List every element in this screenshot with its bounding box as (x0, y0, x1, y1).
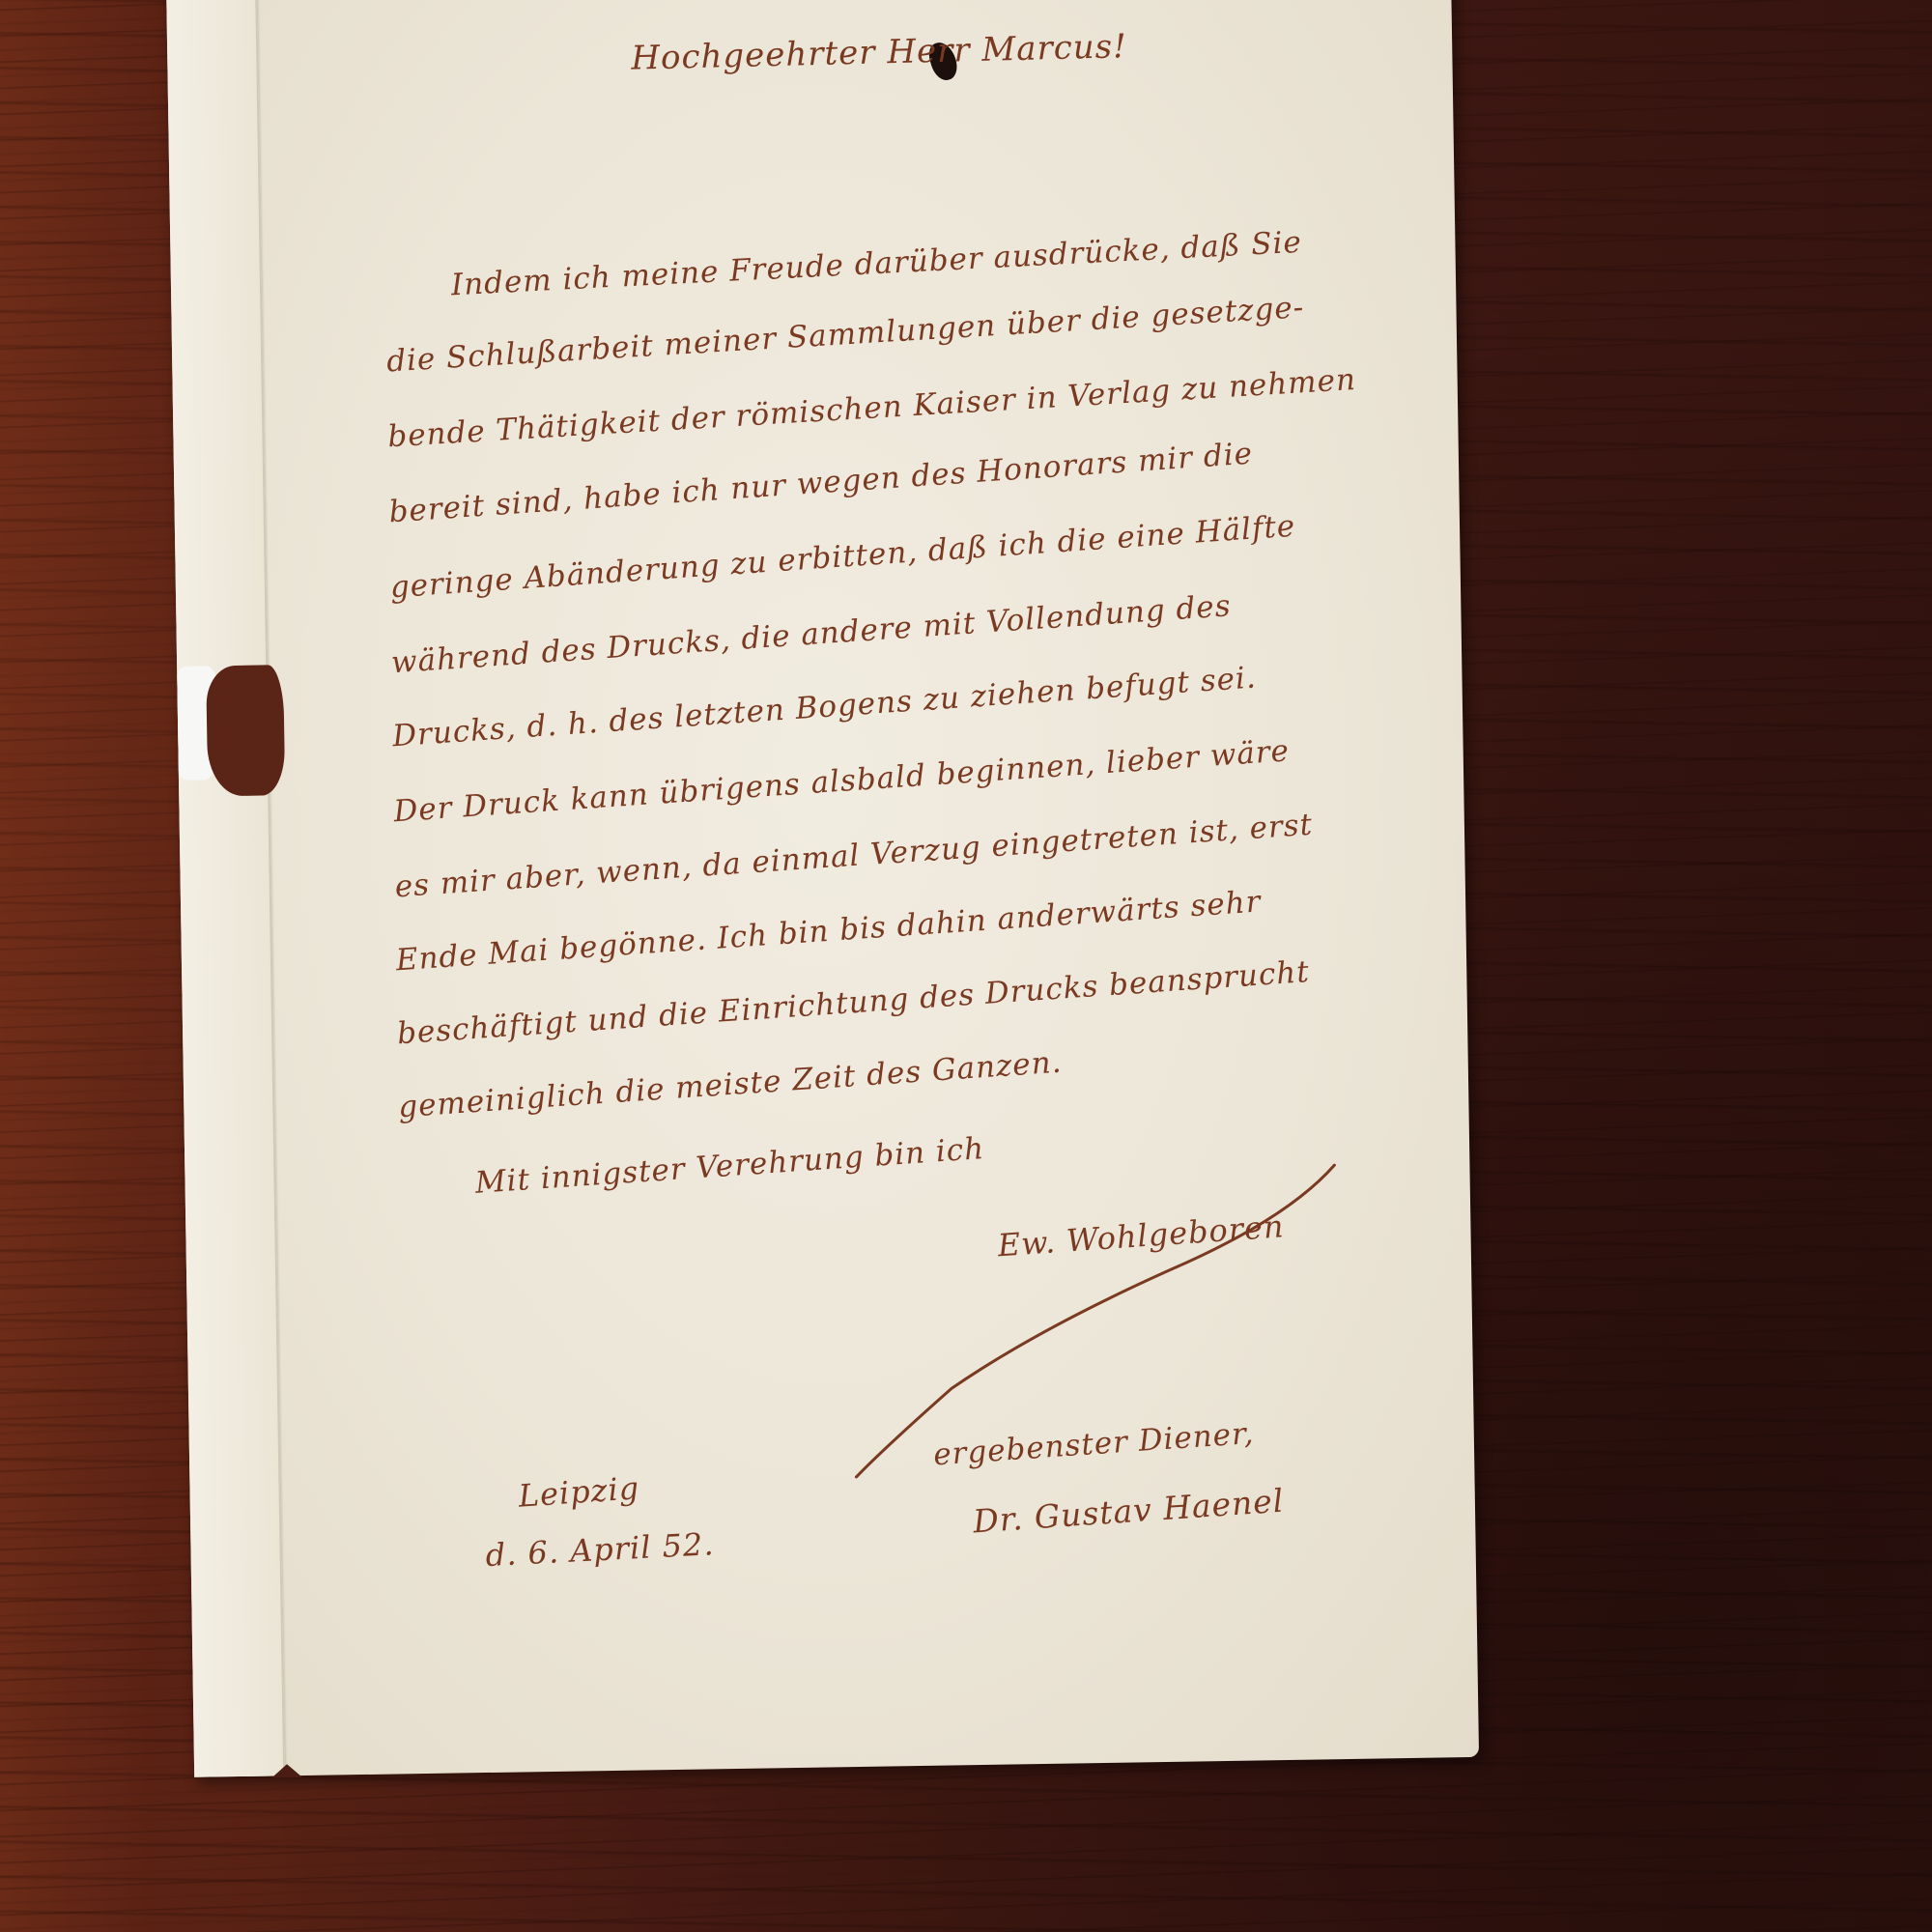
body-line: Indem ich meine Freude darüber ausdrücke… (450, 225, 1302, 303)
letter-sheet: Hochgeehrter Herr Marcus! Indem ich mein… (166, 0, 1479, 1777)
servant-phrase: ergebenster Diener, (932, 1416, 1255, 1473)
body-line: bereit sind, habe ich nur wegen des Hono… (387, 437, 1254, 530)
body-line: Drucks, d. h. des letzten Bogens zu zieh… (391, 660, 1258, 753)
paper-tear-hole (206, 665, 285, 796)
body-line: geringe Abänderung zu erbitten, daß ich … (389, 509, 1297, 606)
body-line: während des Drucks, die andere mit Volle… (390, 588, 1233, 680)
signature: Dr. Gustav Haenel (972, 1482, 1285, 1541)
body-line: Ende Mai begönne. Ich bin bis dahin ande… (395, 884, 1263, 978)
salutation: Hochgeehrter Herr Marcus! (631, 27, 1127, 78)
closing-phrase: Mit innigster Verehrung bin ich (474, 1131, 985, 1201)
address-title: Ew. Wohlgeboren (997, 1207, 1286, 1264)
place-of-writing: Leipzig (517, 1469, 640, 1514)
body-line: gemeiniglich die meiste Zeit des Ganzen. (397, 1045, 1063, 1125)
body-line: die Schlußarbeit meiner Sammlungen über … (385, 290, 1305, 379)
body-line: Der Druck kann übrigens alsbald beginnen… (392, 733, 1291, 829)
bottom-notch (271, 1764, 302, 1778)
letter-date: d. 6. April 52. (485, 1525, 716, 1574)
body-line: beschäftigt und die Einrichtung des Druc… (396, 954, 1311, 1051)
